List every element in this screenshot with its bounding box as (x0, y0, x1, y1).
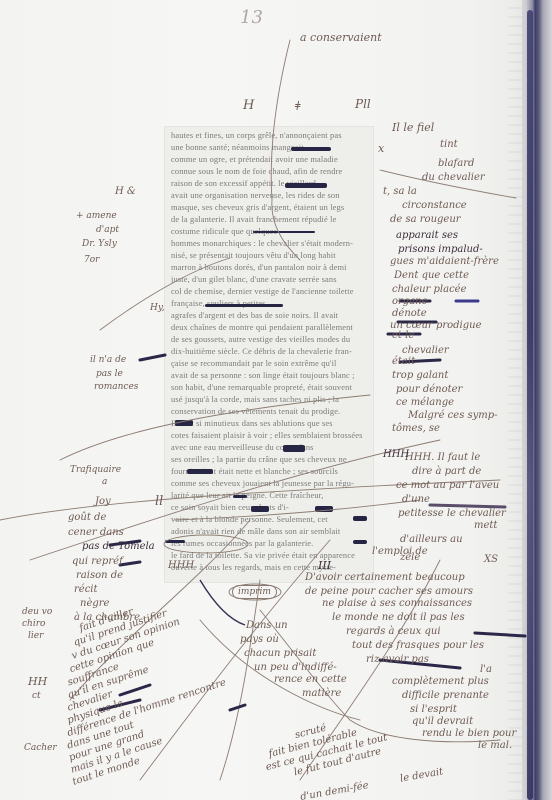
strikethrough-mark (353, 540, 367, 544)
margin-note: romances (94, 381, 138, 393)
torn-paper-edge (508, 0, 522, 800)
insert-note: de peine pour cacher ses amours (305, 586, 473, 598)
strikethrough-mark (291, 147, 331, 151)
margin-note: circonstance (402, 200, 467, 212)
insert-note: pays où (240, 634, 279, 646)
proof-line: marron à boutons dorés, d'un pantalon no… (171, 263, 367, 273)
margin-note: d'apt (96, 224, 119, 236)
margin-note: du chevalier (422, 172, 485, 184)
insert-note: HHH. Il faut le (405, 452, 480, 464)
insert-note: ne plaise à ses connaissances (322, 598, 472, 610)
insert-note: petitesse le chevalier (398, 508, 506, 520)
margin-note: a (102, 476, 107, 488)
proof-line: de ses goussets, autre vestige des vieil… (171, 335, 367, 345)
proof-line: larité que leur ait le peigne. Cette fra… (171, 491, 367, 501)
margin-note: prisons impalud- (398, 244, 483, 256)
blue-ink-edge-stripe (527, 10, 533, 800)
insert-note: rendu le bien pour (422, 728, 516, 740)
margin-mark: Cacher (24, 742, 57, 754)
margin-mark: HHH (383, 449, 409, 461)
circled-word: imprim (232, 585, 277, 599)
proof-line: comme un ogre, et prétendait avoir une m… (171, 155, 367, 165)
strikethrough-mark (175, 420, 193, 426)
margin-note: de sa rougeur (390, 214, 461, 226)
proof-line: son habit, d'une remarquable propreté, é… (171, 383, 367, 393)
proof-line: masque, ses cheveux gris d'argent, étaie… (171, 203, 367, 213)
margin-note: trop galant (392, 370, 448, 382)
margin-note: raison de (76, 570, 123, 582)
printed-proof-block: hautes et fines, un corps grêle, n'annon… (165, 127, 373, 582)
strikethrough-mark (205, 304, 283, 307)
insert-note: complètement plus (392, 676, 489, 688)
margin-note: goût de (68, 512, 106, 524)
proof-line: juste, d'un gilet blanc, d'une cravate s… (171, 275, 367, 285)
proof-line: avait de sa personne : son linge était t… (171, 371, 367, 381)
margin-note: Joy (95, 496, 111, 508)
strikethrough-mark (187, 469, 213, 474)
margin-note: pour dénoter (396, 384, 462, 396)
margin-note: gues m'aidaient-frère (390, 256, 499, 268)
proof-line: deux chaînes de montre qui pendaient par… (171, 323, 367, 333)
proof-line: cotes faisaient plaisir à voir ; elles s… (171, 431, 367, 441)
proof-line: connue sous le nom de foie chaud, afin d… (171, 167, 367, 177)
insert-note: d'une (402, 494, 430, 506)
proof-line: dix-huitième siècle. Ce débris de la che… (171, 347, 367, 357)
strikethrough-mark (315, 506, 333, 512)
margin-note: tômes, se (392, 423, 440, 435)
margin-note: Malgré ces symp- (408, 410, 498, 422)
insert-note: riz-avoir pas (366, 654, 429, 666)
proof-line: le fard de la toilette. Sa vie privée ét… (171, 551, 367, 561)
margin-note: était (392, 356, 415, 368)
proof-line: une bonne santé; néanmoins mangeait (171, 143, 367, 153)
margin-note: pas de Tomela (82, 541, 155, 553)
proof-line: hommes monarchiques : le chevalier s'éta… (171, 239, 367, 249)
margin-note: Dr. Ysly (82, 238, 117, 250)
proof-line: avait une organisation nerveuse, les rid… (171, 191, 367, 201)
insert-note: un peu d'indiffé- (254, 662, 337, 674)
insert-note: ce mot au par l'aveu (396, 480, 499, 492)
margin-mark: ll (155, 496, 163, 508)
margin-mark: ct (32, 690, 41, 702)
margin-note: nègre (80, 598, 109, 610)
margin-mark: III (318, 560, 331, 572)
margin-note: t, sa la (383, 186, 417, 198)
margin-note: il n'a de (90, 354, 126, 366)
margin-note: H & (115, 186, 136, 198)
insert-note: regards à ceux qui (346, 626, 441, 638)
margin-note: Hy, (150, 302, 165, 314)
insert-note: qu'il devrait (412, 716, 473, 728)
strikethrough-mark (253, 231, 315, 233)
insert-note: D'avoir certainement beaucoup (305, 572, 465, 584)
proof-line: comme ses cheveux jouaient la jeunesse p… (171, 479, 367, 489)
margin-note: blafard (438, 158, 474, 170)
margin-note: organe (392, 296, 428, 308)
margin-mark: x (378, 143, 384, 155)
page-number: 13 (240, 12, 263, 24)
proof-line: adonis n'avait rien de mâle dans son air… (171, 527, 367, 537)
margin-note: Il le fiel (392, 122, 434, 134)
proof-line: ses oreilles ; la partie du crâne que se… (171, 455, 367, 465)
insert-note: chacun prisait (244, 648, 316, 660)
proof-line: avec une eau merveilleuse du coton dans (171, 443, 367, 453)
strikethrough-mark (251, 506, 269, 512)
margin-note: pas le (96, 368, 123, 380)
proof-line: col de chemise, dernier vestige de l'anc… (171, 287, 367, 297)
insert-note: le monde ne doit il pas les (332, 612, 465, 624)
margin-note: et le (392, 330, 414, 342)
insert-note: d'ailleurs au (400, 534, 463, 546)
insert-note: le mal. (478, 740, 512, 752)
proof-line: nisé, se présentait toujours vêtu d'un l… (171, 251, 367, 261)
margin-note: chaleur placée (392, 284, 467, 296)
proof-line: çaise se recommandait par le soin extrêm… (171, 359, 367, 369)
strikethrough-mark (165, 540, 185, 543)
insert-note: dire à part de (412, 466, 481, 478)
margin-note: chiro (22, 618, 45, 630)
proof-line: raison de son excessif appétit. le vieil… (171, 179, 367, 189)
proof-line: les rumes occasionnées par la galanterie… (171, 539, 367, 549)
insert-note: tout des frasques pour les (352, 640, 484, 652)
proof-line: Il était si minutieux dans ses ablutions… (171, 419, 367, 429)
insert-note: mett (474, 520, 497, 532)
insert-note: matière (302, 688, 341, 700)
insert-note: l'a (480, 664, 492, 676)
margin-note: tint (440, 139, 458, 151)
margin-note: qui repréf (72, 556, 123, 568)
strikethrough-mark (233, 495, 247, 498)
proof-line: de la galanterie. Il avait franchement r… (171, 215, 367, 225)
margin-note: dénote (392, 308, 427, 320)
margin-note: + amene (76, 210, 117, 222)
margin-note: Dent que cette (394, 270, 469, 282)
strikethrough-mark (353, 516, 367, 521)
margin-mark: XS (484, 554, 498, 566)
proof-line: usé jusqu'à la corde, mais sans taches n… (171, 395, 367, 405)
margin-note: récit (74, 584, 98, 596)
margin-mark: HHH (168, 560, 194, 572)
insert-mark: ǂ (295, 100, 301, 112)
insert-mark: Pll (355, 98, 371, 110)
insert-note: zèle (400, 552, 420, 564)
strikethrough-mark (283, 445, 305, 452)
margin-note: cener dans (68, 527, 124, 539)
top-insert-note: a conservaient (300, 32, 382, 44)
strikethrough-mark (285, 183, 327, 188)
proof-line: hautes et fines, un corps grêle, n'annon… (171, 131, 367, 141)
proof-line: conservation de ses vêtements tenait du … (171, 407, 367, 417)
margin-note: 7or (84, 254, 99, 266)
proof-line: agrafes d'argent et des bas de soie noir… (171, 311, 367, 321)
insert-note: Dans un (246, 620, 288, 632)
margin-note: Trafiquaire (70, 464, 121, 476)
proof-line: ce soin soyait bien ceux dents d'i- (171, 503, 367, 513)
margin-note: ce mélange (396, 397, 454, 409)
margin-note: deu vo (22, 606, 52, 618)
margin-mark: H (243, 100, 254, 112)
margin-note: apparait ses (396, 230, 458, 242)
insert-note: rence en cette (274, 674, 347, 686)
proof-line: voire et à la blonde personne. Seulement… (171, 515, 367, 525)
margin-mark: HH (28, 676, 47, 688)
